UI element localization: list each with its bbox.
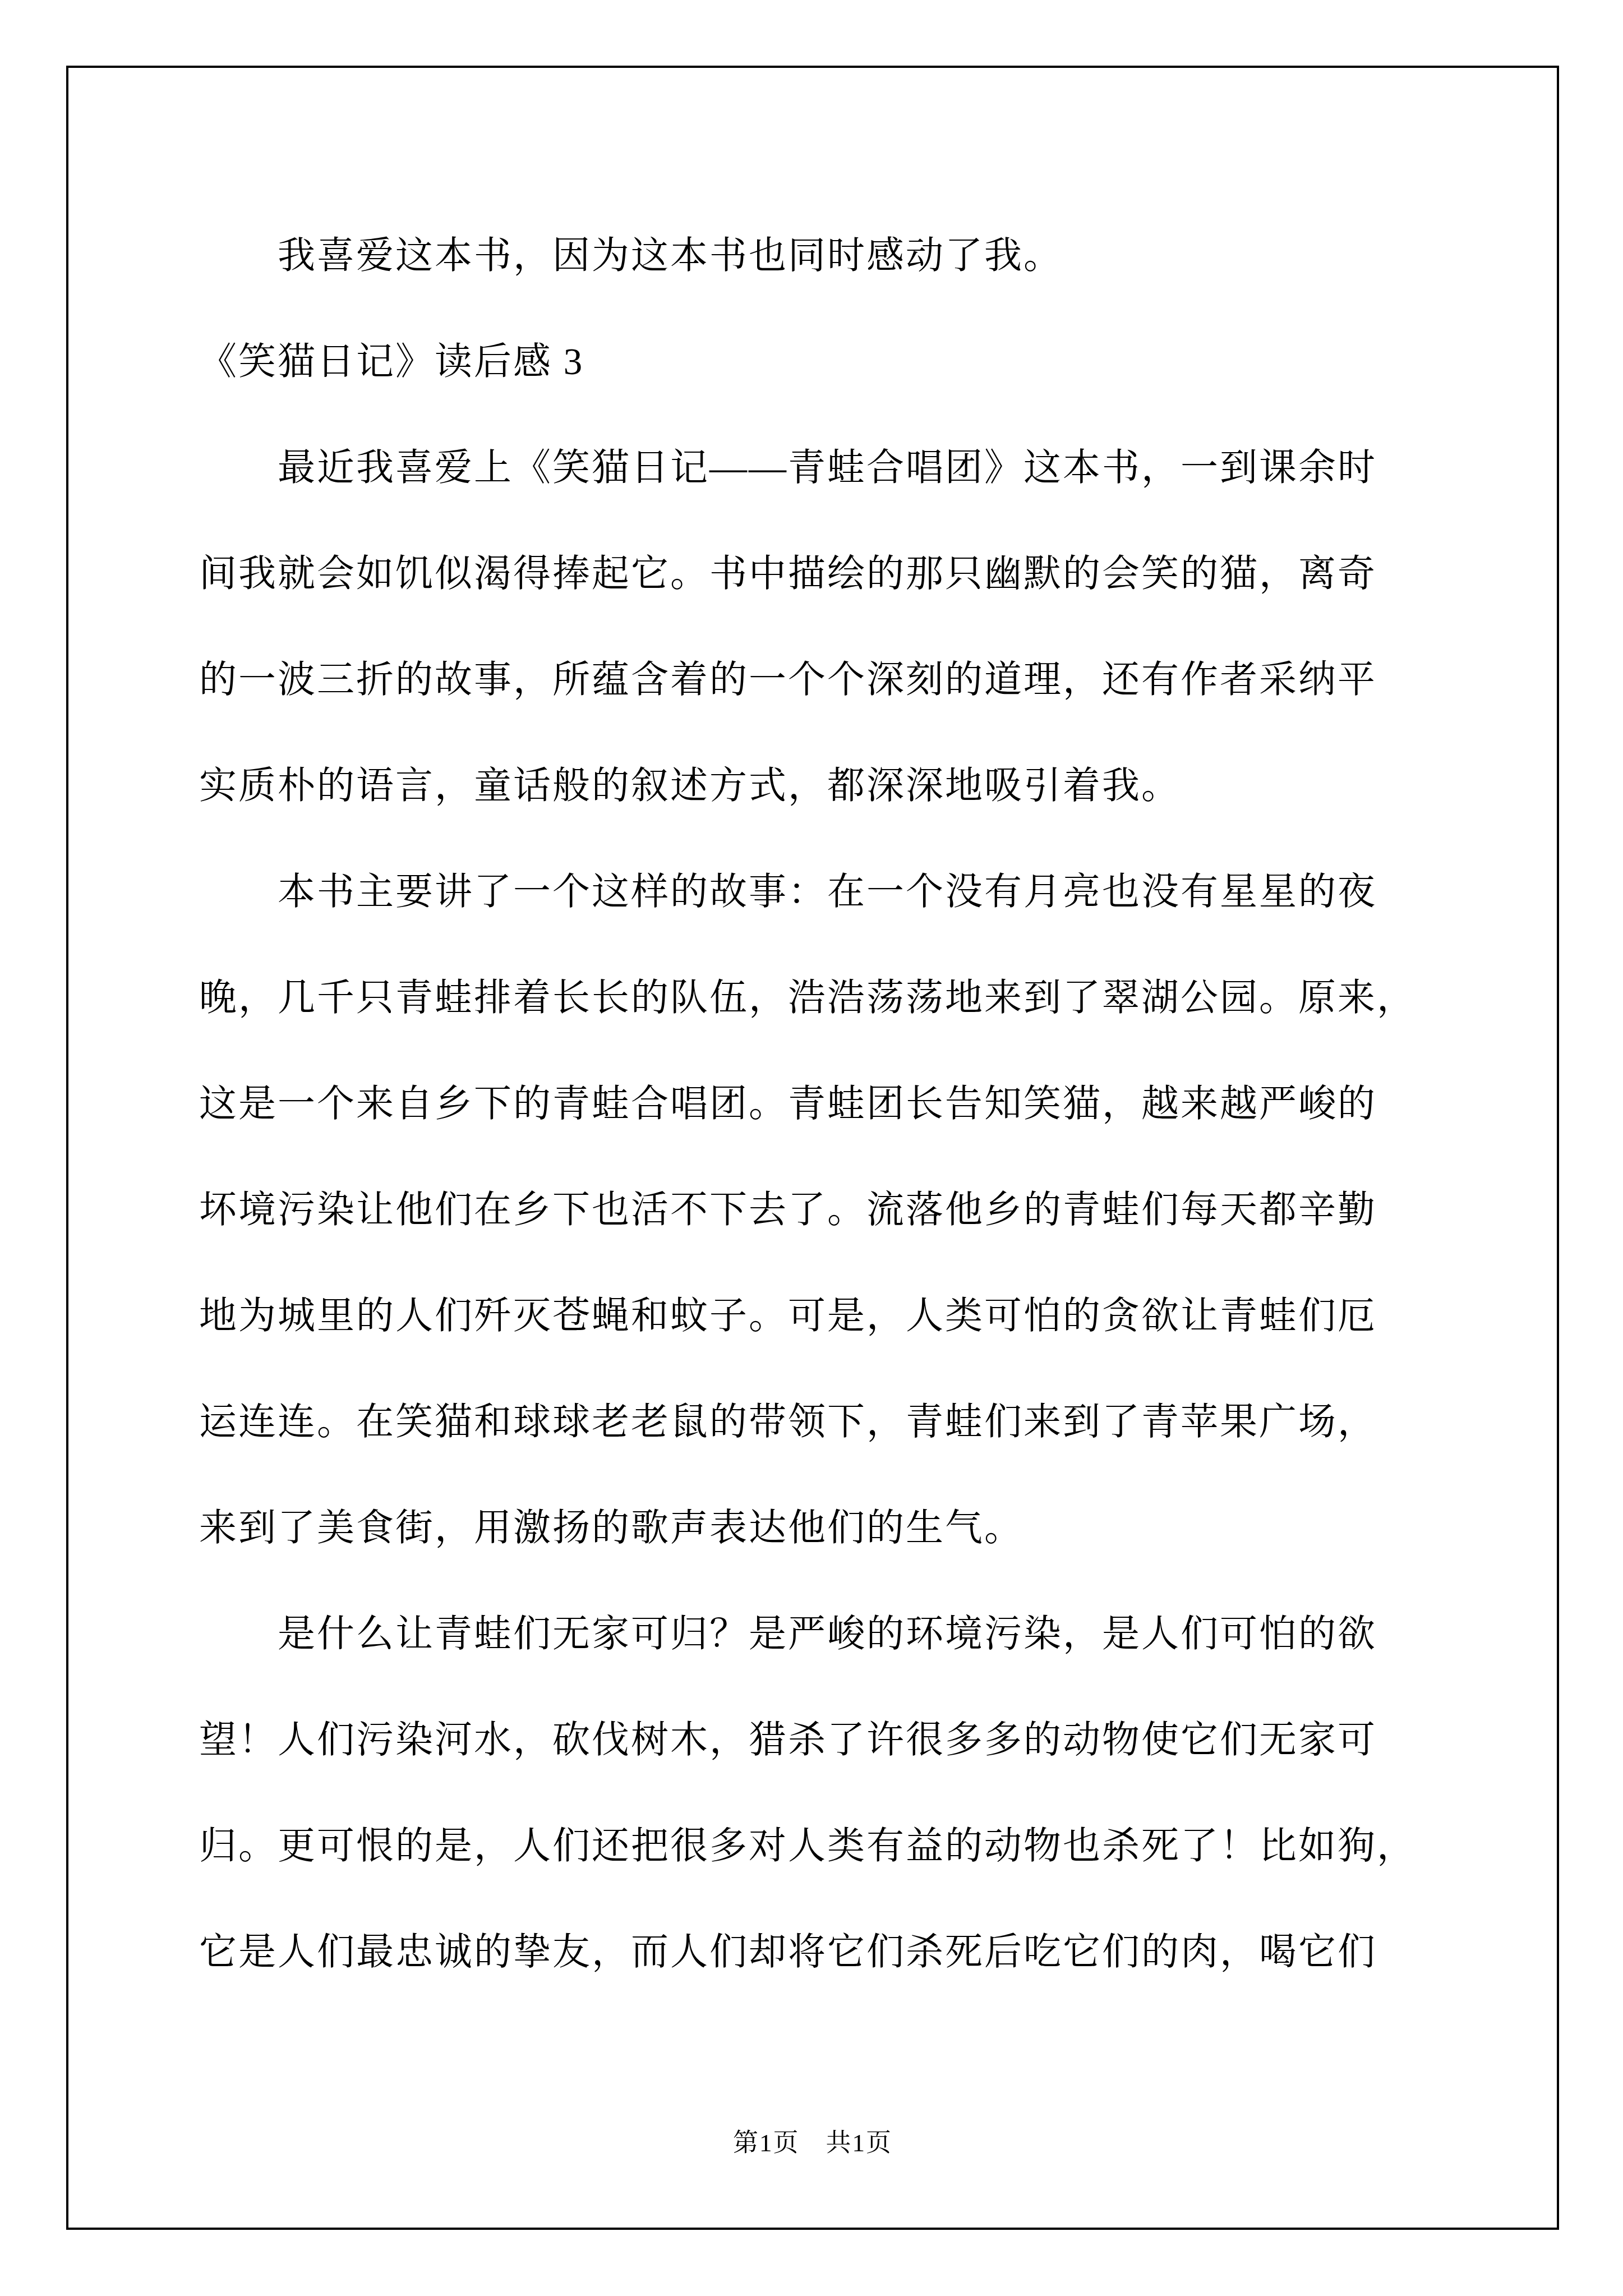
document-text-line: 是什么让青蛙们无家可归？是严峻的环境污染，是人们可怕的欲 — [199, 1581, 1438, 1687]
line-text: 《笑猫日记》读后感 3 — [199, 341, 584, 383]
document-text-line: 的一波三折的故事，所蕴含着的一个个深刻的道理，还有作者采纳平 — [199, 627, 1438, 733]
line-text: 晚，几千只青蛙排着长长的队伍，浩浩荡荡地来到了翠湖公园。原来， — [199, 977, 1416, 1019]
document-text-line: 晚，几千只青蛙排着长长的队伍，浩浩荡荡地来到了翠湖公园。原来， — [199, 945, 1438, 1051]
document-page: 我喜爱这本书，因为这本书也同时感动了我。 《笑猫日记》读后感 3 最近我喜爱上《… — [0, 0, 1623, 2296]
document-text-line: 地为城里的人们歼灭苍蝇和蚊子。可是，人类可怕的贪欲让青蛙们厄 — [199, 1263, 1438, 1369]
line-text: 实质朴的语言，童话般的叙述方式，都深深地吸引着我。 — [199, 765, 1181, 807]
line-text: 最近我喜爱上《笑猫日记——青蛙合唱团》这本书，一到课余时 — [278, 447, 1377, 489]
line-text: 是什么让青蛙们无家可归？是严峻的环境污染，是人们可怕的欲 — [278, 1613, 1377, 1655]
document-text-line: 归。更可恨的是，人们还把很多对人类有益的动物也杀死了！比如狗， — [199, 1793, 1438, 1899]
document-text-line: 本书主要讲了一个这样的故事：在一个没有月亮也没有星星的夜 — [199, 839, 1438, 945]
document-text-line: 来到了美食街，用激扬的歌声表达他们的生气。 — [199, 1475, 1438, 1581]
line-text: 我喜爱这本书，因为这本书也同时感动了我。 — [278, 235, 1063, 277]
line-text: 归。更可恨的是，人们还把很多对人类有益的动物也杀死了！比如狗， — [199, 1825, 1416, 1867]
line-text: 来到了美食街，用激扬的歌声表达他们的生气。 — [199, 1507, 1023, 1549]
document-text-line: 间我就会如饥似渴得捧起它。书中描绘的那只幽默的会笑的猫，离奇 — [199, 521, 1438, 627]
line-text: 本书主要讲了一个这样的故事：在一个没有月亮也没有星星的夜 — [278, 871, 1377, 913]
document-text-line: 坏境污染让他们在乡下也活不下去了。流落他乡的青蛙们每天都辛勤 — [199, 1157, 1438, 1263]
document-text-line: 望！人们污染河水，砍伐树木，猎杀了许很多多的动物使它们无家可 — [199, 1687, 1438, 1793]
line-text: 运连连。在笑猫和球球老老鼠的带领下，青蛙们来到了青苹果广场， — [199, 1401, 1377, 1443]
line-text: 坏境污染让他们在乡下也活不下去了。流落他乡的青蛙们每天都辛勤 — [199, 1189, 1377, 1231]
document-text-line: 运连连。在笑猫和球球老老鼠的带领下，青蛙们来到了青苹果广场， — [199, 1369, 1438, 1475]
line-text: 的一波三折的故事，所蕴含着的一个个深刻的道理，还有作者采纳平 — [199, 659, 1377, 701]
document-text-line: 实质朴的语言，童话般的叙述方式，都深深地吸引着我。 — [199, 733, 1438, 839]
line-text: 这是一个来自乡下的青蛙合唱团。青蛙团长告知笑猫，越来越严峻的 — [199, 1083, 1377, 1125]
document-lines: 我喜爱这本书，因为这本书也同时感动了我。 《笑猫日记》读后感 3 最近我喜爱上《… — [199, 203, 1438, 2005]
document-text-line: 这是一个来自乡下的青蛙合唱团。青蛙团长告知笑猫，越来越严峻的 — [199, 1051, 1438, 1157]
line-text: 望！人们污染河水，砍伐树木，猎杀了许很多多的动物使它们无家可 — [199, 1719, 1377, 1761]
page-number-footer: 第1页 共1页 — [66, 2126, 1559, 2160]
document-text-line: 最近我喜爱上《笑猫日记——青蛙合唱团》这本书，一到课余时 — [199, 415, 1438, 521]
line-text: 它是人们最忠诚的挚友，而人们却将它们杀死后吃它们的肉，喝它们 — [199, 1931, 1377, 1973]
document-text-line: 《笑猫日记》读后感 3 — [199, 309, 1438, 415]
document-text-line: 它是人们最忠诚的挚友，而人们却将它们杀死后吃它们的肉，喝它们 — [199, 1899, 1438, 2005]
line-text: 地为城里的人们歼灭苍蝇和蚊子。可是，人类可怕的贪欲让青蛙们厄 — [199, 1295, 1377, 1337]
document-text-line: 我喜爱这本书，因为这本书也同时感动了我。 — [199, 203, 1438, 309]
line-text: 间我就会如饥似渴得捧起它。书中描绘的那只幽默的会笑的猫，离奇 — [199, 553, 1377, 595]
